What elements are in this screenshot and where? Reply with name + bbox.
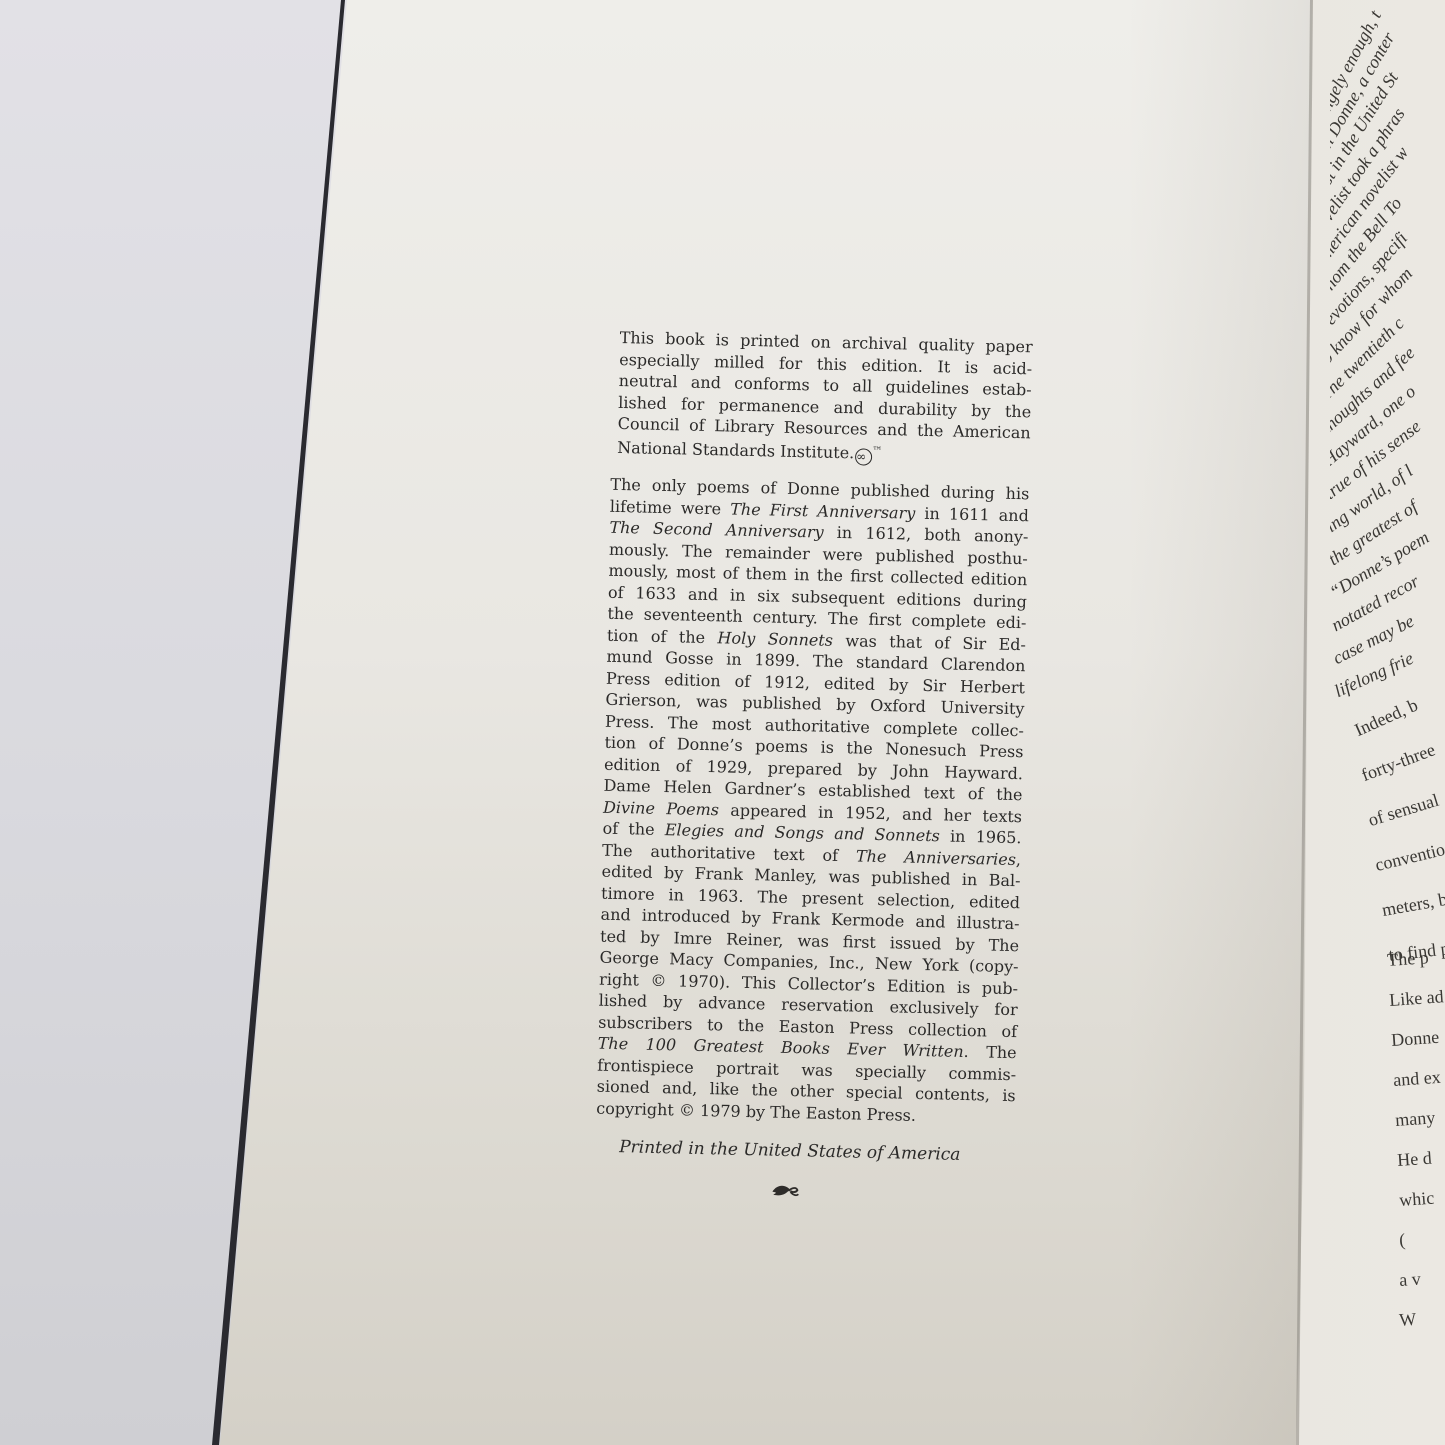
italic-title: Holy Sonnets (717, 628, 833, 650)
right-page-line: many (1395, 1107, 1436, 1131)
right-page-line: Donne (1391, 1027, 1440, 1051)
right-page-line: Indeed, b (1351, 695, 1421, 741)
right-page-line: of sensual (1366, 790, 1441, 831)
colophon-text-block: This book is printed on archival quality… (558, 326, 1033, 1208)
text-run: tion of the (607, 625, 718, 647)
publication-history-paragraph: The only poems of Donne published during… (560, 473, 1030, 1128)
right-page-line: ( (1399, 1230, 1406, 1251)
right-page-line: Like ad (1389, 986, 1445, 1011)
trademark-symbol: ™ (872, 445, 882, 456)
right-page-line: whic (1399, 1188, 1435, 1211)
text-run: in 1965. (940, 826, 1022, 847)
right-page-line: a v (1399, 1269, 1422, 1291)
right-page-line: The p (1387, 947, 1430, 971)
italic-title: The Anniversaries (856, 846, 1016, 869)
book-photo-scene: This book is printed on archival quality… (0, 0, 1445, 1445)
text-run: lifetime were (610, 496, 731, 518)
italic-title: Divine Poems (603, 797, 719, 819)
right-page-line: conventio (1373, 839, 1445, 876)
infinity-permanence-icon: ∞ (855, 448, 872, 465)
right-page-text-fragments: Strangely enough, tJohn Donne, a conterl… (1330, 0, 1445, 1445)
text-run: of the (602, 819, 665, 839)
paper-notice-paragraph: This book is printed on archival quality… (575, 326, 1033, 465)
right-page-line: and ex (1393, 1067, 1442, 1091)
text-run: in 1611 and (915, 503, 1029, 525)
text-run: was that of Sir Ed- (833, 630, 1026, 653)
printed-in-line: Printed in the United States of America (559, 1136, 1014, 1168)
text-run: , (1016, 850, 1022, 869)
text-run: . The (963, 1042, 1016, 1062)
italic-title: The Second Anniversary (609, 518, 824, 542)
text-run: in 1612, both anony- (823, 523, 1028, 547)
right-page-line: meters, b (1380, 889, 1445, 921)
right-page-line: W (1399, 1309, 1417, 1331)
right-page-line: He d (1397, 1148, 1433, 1171)
italic-title: The First Anniversary (730, 499, 915, 522)
right-page-line: forty-three (1359, 739, 1438, 786)
